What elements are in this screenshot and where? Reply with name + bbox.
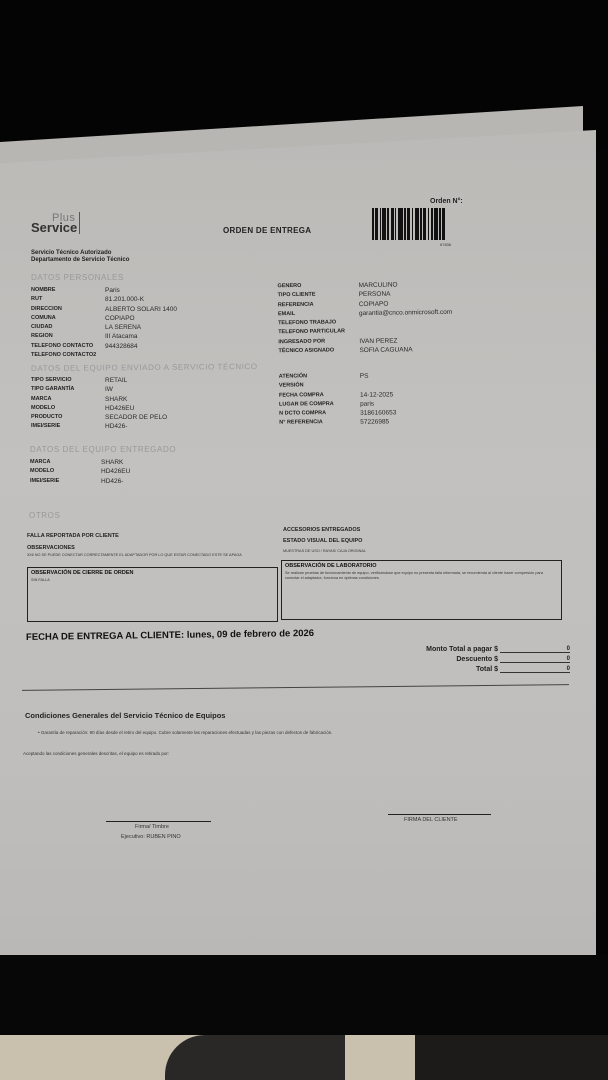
conditions-acceptance: Aceptando las condiciones generales desc… (23, 751, 169, 756)
section-title-others: OTROS (29, 511, 60, 520)
equipment-delivered-data: MARCASHARKMODELOHD426EUIMEI/SERIEHD426- (30, 458, 130, 486)
field-value: HD426- (105, 422, 127, 431)
logo-service: Service (31, 220, 77, 235)
field-value: MARCULINO (358, 281, 397, 291)
closing-observation-box: OBSERVACIÓN DE CIERRE DE ORDEN SIN FALLA (27, 567, 278, 622)
field-row: IMEI/SERIEHD426- (31, 422, 167, 431)
field-row: MARCASHARK (30, 458, 130, 467)
total-amount-value: 0 (500, 646, 570, 653)
field-row: TELEFONO CONTACTO2 (31, 351, 177, 360)
field-row: MODELOHD426EU (30, 467, 130, 476)
personal-data-right: GENEROMARCULINOTIPO CLIENTEPERSONAREFERE… (277, 280, 452, 357)
conditions-title: Condiciones Generales del Servicio Técni… (25, 711, 225, 720)
total-label: Total $ (476, 666, 498, 673)
field-row: REGIONIII Atacama (31, 332, 177, 341)
field-value: SECADOR DE PELO (105, 413, 167, 422)
field-value: HD426EU (105, 404, 134, 413)
closing-observation-text: SIN FALLA (28, 578, 277, 583)
order-number: 67836 (440, 242, 451, 247)
lab-observation-text: Se realizan pruebas de funcionamiento de… (282, 571, 561, 580)
total-amount-label: Monto Total a pagar $ (426, 646, 498, 653)
lab-observation-title: OBSERVACIÓN DE LABORATORIO (282, 561, 561, 571)
field-row: TELEFONO CONTACTO944328684 (31, 342, 177, 351)
equipment-sent-left: TIPO SERVICIORETAILTIPO GARANTÍAIWMARCAS… (31, 376, 167, 432)
total-value: 0 (500, 666, 570, 673)
field-label: TÉCNICO ASIGNADO (278, 346, 359, 356)
shadow (415, 1035, 608, 1080)
field-row: RUT81.201.000-K (31, 295, 177, 304)
field-value: III Atacama (105, 332, 138, 341)
field-row: IMEI/SERIEHD426- (30, 477, 130, 486)
closing-observation-title: OBSERVACIÓN DE CIERRE DE ORDEN (28, 568, 277, 578)
discount-row: Descuento $ 0 (405, 653, 570, 663)
field-row: MODELOHD426EU (31, 404, 167, 413)
condition-item: • Garantía de reparación: 90 días desde … (38, 730, 333, 735)
company-line-2: Departamento de Servicio Técnico (31, 257, 129, 264)
field-value: COPIAPO (105, 314, 135, 323)
field-row: NOMBREParis (31, 286, 177, 295)
document-title: ORDEN DE ENTREGA (223, 226, 311, 235)
observations-text: 3X6 NO SE PUEDE CONECTAR CORRECTAMENTE E… (27, 553, 277, 558)
signature-label-client: FIRMA DEL CLIENTE (404, 817, 458, 823)
field-label: MODELO (31, 404, 105, 413)
field-value: SHARK (101, 458, 123, 467)
field-label: COMUNA (31, 314, 105, 323)
field-row: MARCASHARK (31, 395, 167, 404)
visual-state-label: ESTADO VISUAL DEL EQUIPO (283, 538, 362, 544)
total-amount-row: Monto Total a pagar $ 0 (405, 643, 570, 653)
field-label: REGION (31, 332, 105, 341)
field-value: PERSONA (359, 290, 391, 300)
field-value: PS (360, 372, 369, 381)
field-value: RETAIL (105, 376, 127, 385)
barcode-icon (372, 208, 469, 240)
field-label: IMEI/SERIE (30, 477, 101, 486)
field-label: TELEFONO CONTACTO2 (31, 351, 105, 360)
field-label: MARCA (31, 395, 105, 404)
reported-fault-label: FALLA REPORTADA POR CLIENTE (27, 533, 119, 539)
shadow (165, 1035, 345, 1080)
accessories-label: ACCESORIOS ENTREGADOS (283, 527, 360, 533)
personal-data-left: NOMBREParisRUT81.201.000-KDIRECCIONALBER… (31, 286, 177, 360)
lab-observation-box: OBSERVACIÓN DE LABORATORIO Se realizan p… (281, 560, 562, 620)
field-value: COPIAPO (359, 299, 389, 309)
field-row: N° REFERENCIA57226985 (279, 418, 396, 429)
field-value: garantia@cnco.onmicrosoft.com (359, 308, 452, 319)
field-label: RUT (31, 295, 105, 304)
logo-divider (79, 212, 80, 234)
field-label: DIRECCION (31, 305, 105, 314)
field-value: SOFIA CAGUANA (359, 345, 412, 355)
field-value: 81.201.000-K (105, 295, 144, 304)
field-value: ALBERTO SOLARI 1400 (105, 305, 177, 314)
order-number-label: Orden N°: (430, 198, 463, 205)
field-row: TIPO SERVICIORETAIL (31, 376, 167, 385)
field-label: NOMBRE (31, 286, 105, 295)
field-label: IMEI/SERIE (31, 422, 105, 431)
delivery-date: lunes, 09 de febrero de 2026 (187, 628, 314, 641)
field-label: N° REFERENCIA (279, 418, 360, 428)
field-label: MODELO (30, 467, 101, 476)
field-value: 3186160653 (360, 409, 396, 419)
company-info: Servicio Técnico Autorizado Departamento… (31, 250, 129, 264)
field-value: paris (360, 400, 374, 409)
field-row: CIUDADLA SERENA (31, 323, 177, 332)
signature-line-executive (106, 821, 211, 822)
field-value: LA SERENA (105, 323, 141, 332)
field-label: MARCA (30, 458, 101, 467)
field-row: DIRECCIONALBERTO SOLARI 1400 (31, 305, 177, 314)
field-label: TELEFONO CONTACTO (31, 342, 105, 351)
field-value: Paris (105, 286, 120, 295)
observations-label: OBSERVACIONES (27, 545, 75, 551)
company-line-1: Servicio Técnico Autorizado (31, 250, 129, 257)
signature-label-executive: Firma/ Timbre (135, 824, 169, 830)
visual-state-text: MUESTRAS DE USO / RAYAS/ CAJA ORIGINAL (283, 549, 366, 554)
field-row: PRODUCTOSECADOR DE PELO (31, 413, 167, 422)
field-value: HD426EU (101, 467, 130, 476)
field-value: 57226985 (360, 418, 389, 428)
field-label: CIUDAD (31, 323, 105, 332)
field-value: 944328684 (105, 342, 138, 351)
field-value: 14-12-2025 (360, 390, 393, 400)
signature-line-client (388, 814, 491, 815)
field-value: IW (105, 385, 113, 394)
table-edge (0, 955, 608, 1035)
discount-label: Descuento $ (456, 656, 498, 663)
field-label: TIPO GARANTÍA (31, 385, 105, 394)
field-value: IVAN PEREZ (359, 336, 397, 346)
executive-name: Ejecutivo: RUBEN PINO (121, 834, 181, 840)
field-row: COMUNACOPIAPO (31, 314, 177, 323)
field-label: PRODUCTO (31, 413, 105, 422)
discount-value: 0 (500, 656, 570, 663)
delivery-date-label: FECHA DE ENTREGA AL CLIENTE: (26, 630, 184, 643)
section-title-equipment-delivered: DATOS DEL EQUIPO ENTREGADO (30, 445, 176, 454)
equipment-sent-right: ATENCIÓNPSVERSIÓNFECHA COMPRA14-12-2025L… (279, 371, 397, 428)
section-title-personal: DATOS PERSONALES (31, 273, 124, 282)
field-label: TIPO SERVICIO (31, 376, 105, 385)
totals-block: Monto Total a pagar $ 0 Descuento $ 0 To… (405, 643, 570, 673)
field-row: TIPO GARANTÍAIW (31, 385, 167, 394)
field-value: HD426- (101, 477, 123, 486)
field-value: SHARK (105, 395, 127, 404)
total-row: Total $ 0 (405, 663, 570, 673)
